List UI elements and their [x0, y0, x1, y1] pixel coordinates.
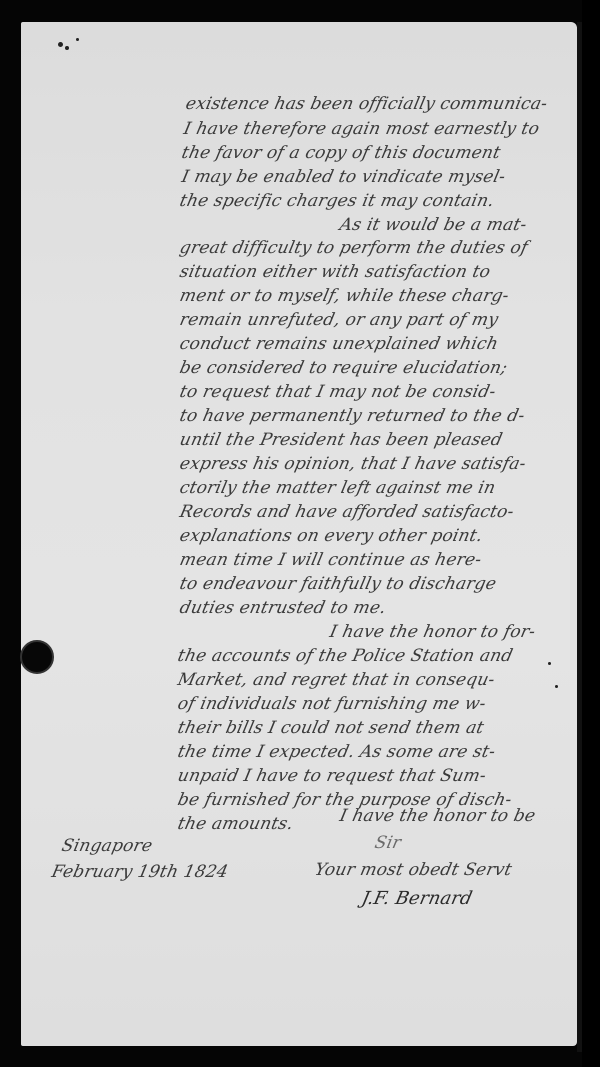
body-line: the time I expected. As some are st- — [176, 742, 497, 762]
body-line: As it would be a mat- — [338, 215, 529, 235]
body-line: the specific charges it may contain. — [178, 191, 496, 211]
body-line: great difficulty to perform the duties o… — [178, 238, 530, 258]
body-line: duties entrusted to me. — [178, 598, 388, 618]
dateline-place: Singapore — [60, 836, 154, 856]
body-line: to have permanently returned to the d- — [178, 406, 527, 426]
ink-speck — [58, 42, 63, 47]
body-line: the favor of a copy of this document — [180, 143, 502, 163]
ink-speck — [555, 685, 558, 688]
ink-speck — [76, 38, 79, 41]
dateline-date: February 19th 1824 — [50, 862, 230, 882]
salutation-sir: Sir — [373, 833, 403, 853]
scan-border — [582, 0, 600, 1067]
closing-obedient: Your most obedt Servt — [313, 860, 514, 880]
body-line: to endeavour faithfully to discharge — [178, 574, 498, 594]
body-line: mean time I will continue as here- — [178, 550, 484, 570]
body-line: I have therefore again most earnestly to — [182, 119, 541, 139]
body-line: Records and have afforded satisfacto- — [178, 502, 516, 522]
signature: J.F. Bernard — [360, 888, 474, 909]
body-line: Market, and regret that in consequ- — [176, 670, 497, 690]
body-line: the accounts of the Police Station and — [176, 646, 515, 666]
ink-speck — [548, 662, 551, 665]
ink-speck — [65, 46, 69, 50]
body-line: conduct remains unexplained which — [178, 334, 500, 354]
body-line: remain unrefuted, or any part of my — [178, 310, 500, 330]
body-line: express his opinion, that I have satisfa… — [178, 454, 528, 474]
body-line: be considered to require elucidation; — [178, 358, 509, 378]
body-line: to request that I may not be consid- — [178, 382, 498, 402]
body-line: ment or to myself, while these charg- — [178, 286, 511, 306]
body-line: their bills I could not send them at — [176, 718, 486, 738]
body-line: explanations on every other point. — [178, 526, 485, 546]
body-line: existence has been officially communica- — [184, 94, 549, 114]
binding-hole — [20, 640, 54, 674]
body-line: unpaid I have to request that Sum- — [176, 766, 488, 786]
body-line: situation either with satisfaction to — [178, 262, 492, 282]
body-line: the amounts. — [176, 814, 295, 834]
body-line: ctorily the matter left against me in — [178, 478, 498, 498]
body-line: of individuals not furnishing me w- — [176, 694, 488, 714]
body-line: I may be enabled to vindicate mysel- — [180, 167, 507, 187]
body-line: until the President has been pleased — [178, 430, 504, 450]
closing-line: I have the honor to be — [338, 806, 537, 826]
body-line: I have the honor to for- — [328, 622, 537, 642]
